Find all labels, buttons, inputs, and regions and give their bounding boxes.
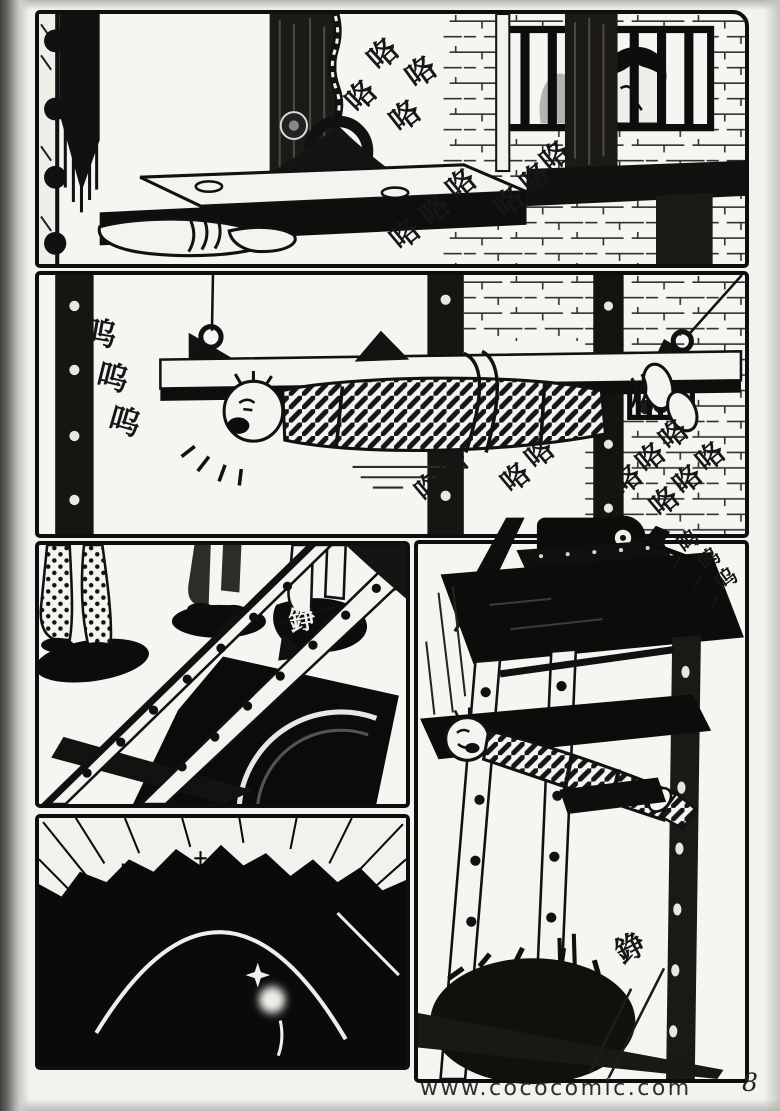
panel-elevator-tower: 錚 xyxy=(414,540,749,1083)
panel-hoist-top: 咯 咯 咯 咯 咯 咯 咯 咯 咯 咯 xyxy=(35,10,749,268)
black-mass xyxy=(39,845,406,1066)
sfx-clang: 錚 xyxy=(287,605,318,636)
panel2-art xyxy=(39,275,745,534)
book-spine-edge xyxy=(0,0,30,1111)
page-number: 8 xyxy=(742,1068,758,1097)
panel-dark-blade xyxy=(35,814,410,1070)
watermark-url: www.cococomic.com xyxy=(420,1076,692,1101)
panel4-art xyxy=(418,544,745,1079)
panel3-art xyxy=(39,545,406,804)
panel-prisoner-beam: 呜 呜 呜 咯 咯 咯 咯 咯 咯 咯 咯 咯 咯 xyxy=(35,271,749,538)
wood-post-left xyxy=(39,14,100,264)
panel-pit-onlookers: 錚 xyxy=(35,541,410,808)
panel5-art xyxy=(39,818,406,1066)
sfx-sob: 呜 xyxy=(83,317,119,353)
clown-legs xyxy=(41,545,115,656)
manga-page: 咯 咯 咯 咯 咯 咯 咯 咯 咯 咯 xyxy=(0,0,780,1111)
page-edge-right xyxy=(764,0,780,1111)
page-edge-top xyxy=(0,0,780,10)
